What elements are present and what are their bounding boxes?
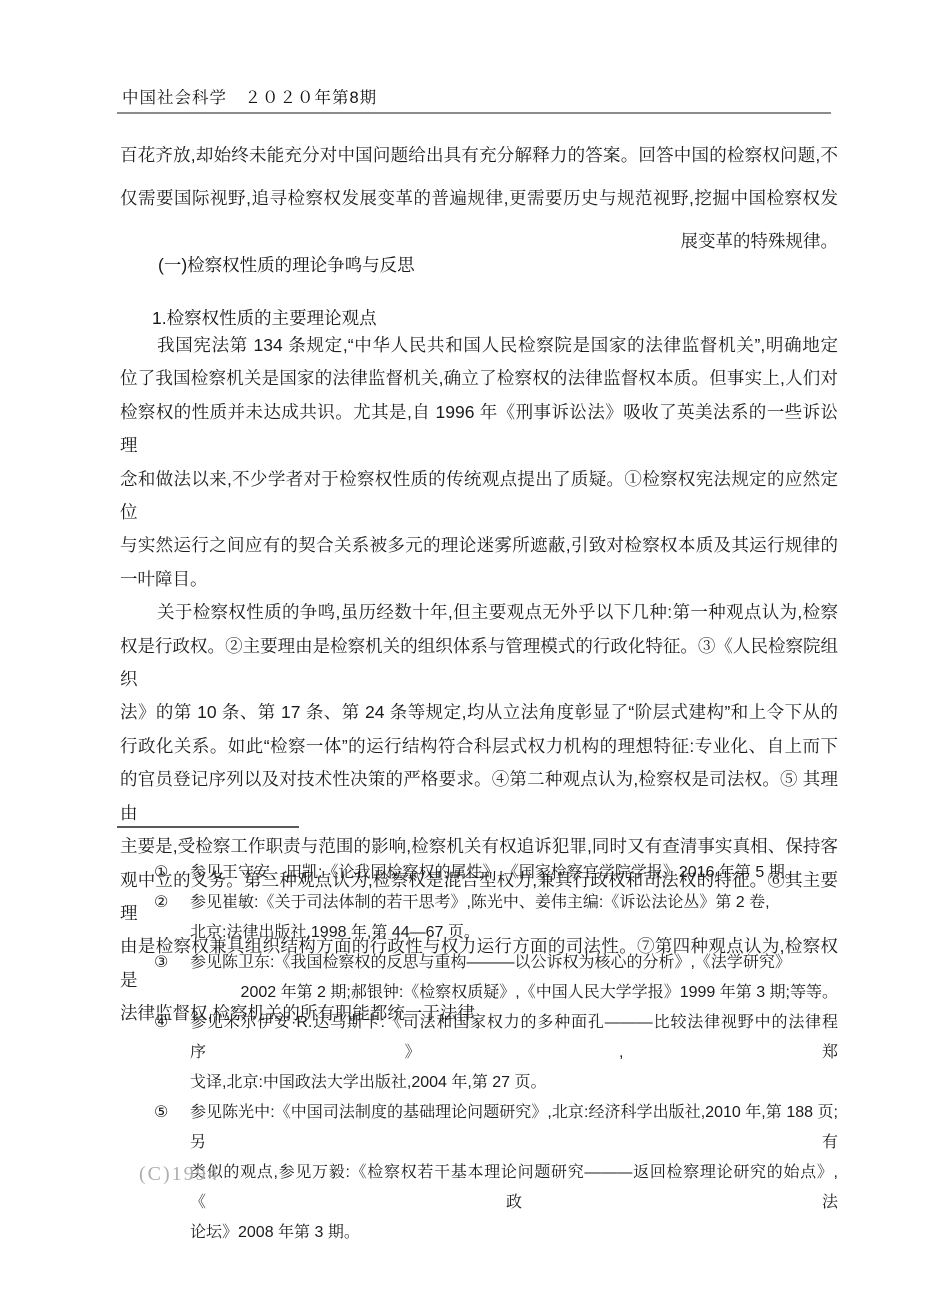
footnote-number: ③ <box>154 948 190 978</box>
body-line: 检察权的性质并未达成共识。尤其是,自 1996 年《刑事诉讼法》吸收了英美法系的… <box>120 396 838 463</box>
footnote-number: ④ <box>154 1008 190 1038</box>
footnote: ① 参见王守安、田凯:《论我国检察权的属性》,《国家检察官学院学报》2016 年… <box>154 858 838 888</box>
footnote-line: 参见陈卫东:《我国检察权的反思与重构———以公诉权为核心的分析》,《法学研究》 <box>190 948 838 978</box>
body-line: 关于检察权性质的争鸣,虽历经数十年,但主要观点无外乎以下几种:第一种观点认为,检… <box>120 596 838 629</box>
journal-header: 中国社会科学 ２０２０年第8期 <box>122 84 377 108</box>
footnote-line: 类似的观点,参见万毅:《检察权若干基本理论问题研究———返回检察理论研究的始点》… <box>190 1158 838 1218</box>
footnote-line: 2002 年第 2 期;郝银钟:《检察权质疑》,《中国人民大学学报》1999 年… <box>190 978 838 1008</box>
body-line: 位了我国检察机关是国家的法律监督机关,确立了检察权的法律监督权本质。但事实上,人… <box>120 362 838 395</box>
body-line: 百花齐放,却始终未能充分对中国问题给出具有充分解释力的答案。回答中国的检察权问题… <box>120 134 838 177</box>
body-line: 权是行政权。②主要理由是检察机关的组织体系与管理模式的行政化特征。③《人民检察院… <box>120 630 838 697</box>
header-rule <box>117 112 831 114</box>
body-line: 法》的第 10 条、第 17 条、第 24 条等规定,均从立法角度彰显了“阶层式… <box>120 696 838 729</box>
footnote-separator <box>117 826 299 828</box>
footnote-line: 论坛》2008 年第 3 期。 <box>190 1218 838 1248</box>
footnote: ③ 参见陈卫东:《我国检察权的反思与重构———以公诉权为核心的分析》,《法学研究… <box>154 948 838 1008</box>
footnote-line: 戈译,北京:中国政法大学出版社,2004 年,第 27 页。 <box>190 1068 838 1098</box>
footnote: ④ 参见米尔伊安·R.达马斯卡:《司法和国家权力的多种面孔———比较法律视野中的… <box>154 1008 838 1098</box>
body-line: 一叶障目。 <box>120 563 838 596</box>
footnote-line: 参见米尔伊安·R.达马斯卡:《司法和国家权力的多种面孔———比较法律视野中的法律… <box>190 1008 838 1068</box>
footnote-line: 参见崔敏:《关于司法体制的若干思考》,陈光中、姜伟主编:《诉讼法论丛》第 2 卷… <box>190 888 838 918</box>
document-page: 中国社会科学 ２０２０年第8期 百花齐放,却始终未能充分对中国问题给出具有充分解… <box>0 0 950 1290</box>
subsection-heading: 1.检察权性质的主要理论观点 <box>152 305 377 330</box>
paragraph-constitution: 我国宪法第 134 条规定,“中华人民共和国人民检察院是国家的法律监督机关”,明… <box>120 329 838 596</box>
copyright-watermark: (C)1994 <box>139 1163 220 1186</box>
footnote-line: 参见陈光中:《中国司法制度的基础理论问题研究》,北京:经济科学出版社,2010 … <box>190 1098 838 1158</box>
footnote-line: 北京:法律出版社,1998 年,第 44—67 页。 <box>190 918 838 948</box>
footnote-number: ② <box>154 888 190 918</box>
body-line: 我国宪法第 134 条规定,“中华人民共和国人民检察院是国家的法律监督机关”,明… <box>120 329 838 362</box>
footnote: ⑤ 参见陈光中:《中国司法制度的基础理论问题研究》,北京:经济科学出版社,201… <box>154 1098 838 1248</box>
body-line: 行政化关系。如此“检察一体”的运行结构符合科层式权力机构的理想特征:专业化、自上… <box>120 730 838 763</box>
body-line: 念和做法以来,不少学者对于检察权性质的传统观点提出了质疑。①检察权宪法规定的应然… <box>120 463 838 530</box>
footnote: ② 参见崔敏:《关于司法体制的若干思考》,陈光中、姜伟主编:《诉讼法论丛》第 2… <box>154 888 838 948</box>
footnote-number: ① <box>154 858 190 888</box>
section-heading: (一)检察权性质的理论争鸣与反思 <box>158 252 415 277</box>
footnote-number: ⑤ <box>154 1098 190 1128</box>
body-line: 仅需要国际视野,追寻检察权发展变革的普遍规律,更需要历史与规范视野,挖掘中国检察… <box>120 177 838 220</box>
body-line: 与实然运行之间应有的契合关系被多元的理论迷雾所遮蔽,引致对检察权本质及其运行规律… <box>120 529 838 562</box>
paragraph-intro: 百花齐放,却始终未能充分对中国问题给出具有充分解释力的答案。回答中国的检察权问题… <box>120 134 838 263</box>
footnotes-section: ① 参见王守安、田凯:《论我国检察权的属性》,《国家检察官学院学报》2016 年… <box>154 858 838 1248</box>
footnote-line: 参见王守安、田凯:《论我国检察权的属性》,《国家检察官学院学报》2016 年第 … <box>190 858 838 888</box>
body-line: 的官员登记序列以及对技术性决策的严格要求。④第二种观点认为,检察权是司法权。⑤ … <box>120 763 838 830</box>
